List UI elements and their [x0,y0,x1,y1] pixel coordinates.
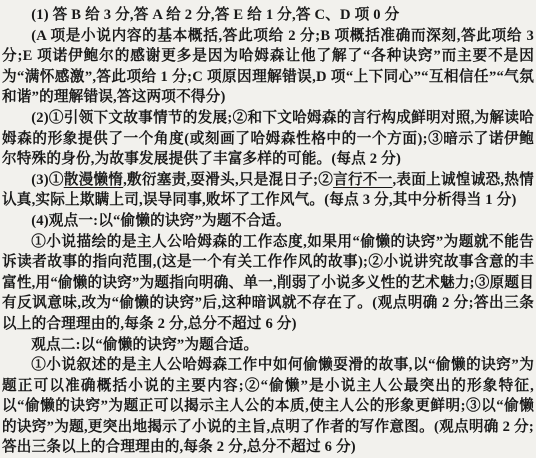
underlined-phrase: 言行不一 [333,172,392,188]
text-segment: (A 项是小说内容的基本概括,答此项给 2 分;B 项概括准确而深刻,答此项给 … [2,28,534,106]
document-body: (1) 答 B 给 3 分,答 A 给 2 分,答 E 给 1 分,答 C、D … [2,5,534,458]
text-segment: ①小说描绘的是主人公哈姆森的工作态度,如果用“偷懒的诀窍”为题就不能告诉读者故事… [2,234,534,332]
text-segment: 观点二:以“偷懒的诀窍”为题合适。 [31,337,258,353]
text-segment: (2)①引领下文故事情节的发展;②和下文哈姆森的言行构成鲜明对照,为解读哈姆森的… [2,110,534,167]
text-segment: (1) 答 B 给 3 分,答 A 给 2 分,答 E 给 1 分,答 C、D … [31,7,399,23]
answer-4-viewpoint-2-heading: 观点二:以“偷懒的诀窍”为题合适。 [2,335,534,356]
scanned-answer-sheet-page: (1) 答 B 给 3 分,答 A 给 2 分,答 E 给 1 分,答 C、D … [0,0,536,458]
answer-1-explanation: (A 项是小说内容的基本概括,答此项给 2 分;B 项概括准确而深刻,答此项给 … [2,26,534,108]
text-segment: (4)观点一:以“偷懒的诀窍”为题不合适。 [31,213,291,229]
answer-3: (3)①散漫懒惰,敷衍塞责,耍滑头,只是混日子;②言行不一,表面上诚惶诚恐,热情… [2,170,534,211]
underlined-phrase: 散漫懒惰 [64,172,123,188]
answer-4-viewpoint-1-heading: (4)观点一:以“偷懒的诀窍”为题不合适。 [2,211,534,232]
answer-4-viewpoint-1-reasons: ①小说描绘的是主人公哈姆森的工作态度,如果用“偷懒的诀窍”为题就不能告诉读者故事… [2,232,534,335]
text-segment: ①小说叙述的是主人公哈姆森工作中如何偷懒耍滑的故事,以“偷懒的诀窍”为题正可以准… [2,357,534,455]
answer-1-score-line: (1) 答 B 给 3 分,答 A 给 2 分,答 E 给 1 分,答 C、D … [2,5,534,26]
text-segment: ,敷衍塞责,耍滑头,只是混日子;② [123,172,333,188]
answer-4-viewpoint-2-reasons: ①小说叙述的是主人公哈姆森工作中如何偷懒耍滑的故事,以“偷懒的诀窍”为题正可以准… [2,355,534,458]
text-segment: (3)① [31,172,64,188]
answer-2: (2)①引领下文故事情节的发展;②和下文哈姆森的言行构成鲜明对照,为解读哈姆森的… [2,108,534,170]
